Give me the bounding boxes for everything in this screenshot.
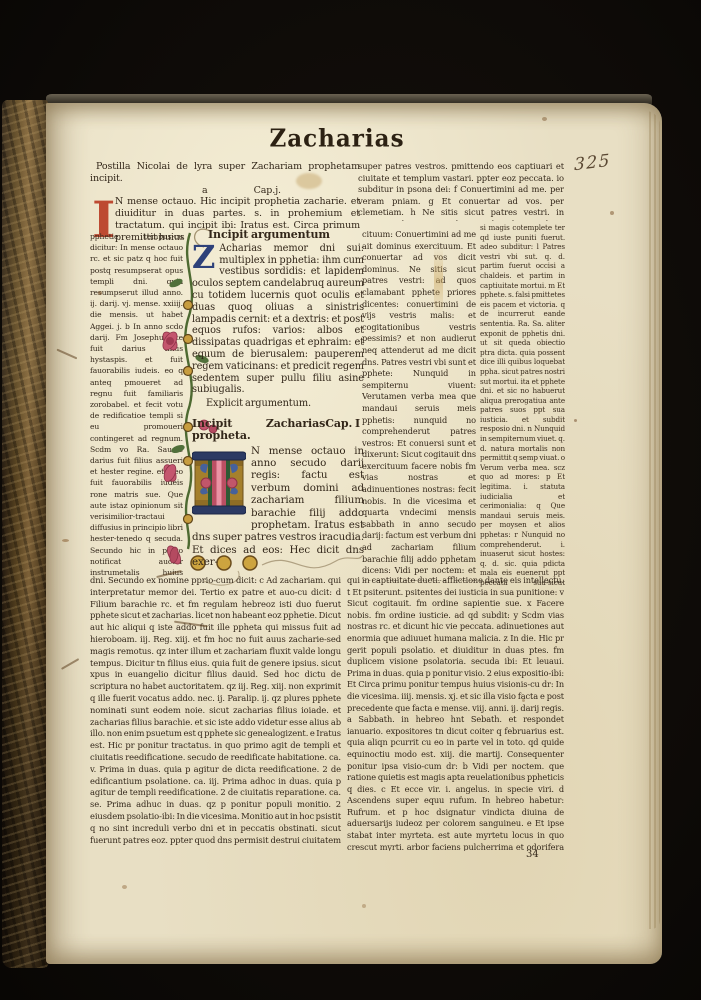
foxing-spot [574, 419, 577, 422]
foxing-spot [98, 291, 102, 295]
foxing-spot [542, 117, 547, 121]
chapter-incipit-heading: Cap. I Incipit Zacharias propheta. [192, 418, 364, 442]
paper-fiber-mark [57, 349, 78, 359]
book-page: Zacharias 325 Postilla Nicolai de lyra s… [46, 103, 662, 964]
foxing-stain [296, 173, 322, 189]
foxing-stain [434, 247, 443, 313]
page-fore-edge [646, 111, 660, 929]
main-column-right: cituum: Conuertimini ad me ait dominus e… [362, 229, 476, 581]
blue-initial: Z [192, 244, 215, 271]
chapter-reference-line: a Cap.j. [90, 185, 360, 196]
signature-mark: 34 [526, 849, 539, 860]
illuminated-initial [192, 447, 246, 519]
book-binding [2, 100, 48, 968]
foxing-spot [362, 904, 366, 908]
foxing-spot [522, 699, 525, 702]
commentary-top-right: super patres vestros. pmittendo eos capt… [358, 161, 564, 221]
bible-text-paragraph: N mense octauo in anno secudo darij regi… [192, 445, 364, 569]
foxing-spot [122, 885, 127, 889]
incipit-chapter-label: Cap. I [325, 418, 360, 430]
gloss-column-right: si magis cotemplete ter qd iuste puniti … [480, 223, 565, 589]
commentary-bottom-left: dni. Secundo ex nomine pprio-cum dicit: … [90, 575, 341, 847]
ref-letter: a [202, 185, 208, 196]
foxing-spot [610, 211, 614, 215]
paper-fiber-mark [61, 658, 79, 669]
incipit-heading-text: Incipit Zacharias propheta. [192, 417, 325, 442]
binding-texture [2, 100, 48, 968]
folio-number: 325 [574, 151, 611, 176]
commentary-bottom-right: qui in captiuitate ducti. afflictione da… [347, 575, 564, 851]
gloss-column-left: pphetie tempus-cu dicitur: In mense octa… [90, 231, 183, 579]
main-column-left: Incipit argumentum ZAcharias memor dni s… [192, 229, 364, 583]
foxing-spot [62, 539, 69, 542]
argumentum-paragraph: ZAcharias memor dni sui: multiplex in pp… [192, 243, 364, 396]
chapter-label: Cap.j. [254, 185, 281, 196]
argumentum-heading: Incipit argumentum [192, 229, 364, 241]
argumentum-text: Acharias memor dni sui: multiplex in pph… [192, 243, 364, 396]
running-title: Zacharias [242, 124, 432, 153]
photo-background: Zacharias 325 Postilla Nicolai de lyra s… [0, 0, 701, 1000]
explicit-line: Explicit argumentum. [192, 398, 364, 410]
